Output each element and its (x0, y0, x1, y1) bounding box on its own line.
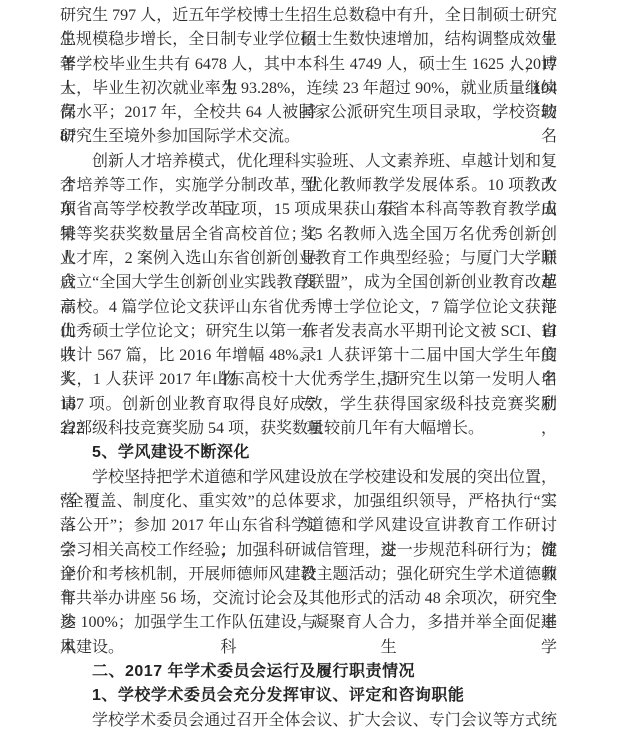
body-line: 共计 567 篇，比 2016 年增幅 48%。1 人获评第十二届中国大学生年度… (60, 344, 557, 368)
body-line: 人，毕业生初次就业率为 93.28%，连续 23 年超过 90%，就业质量继续保… (60, 77, 557, 101)
body-line: 三公开”；参加 2017 年山东省科学道德和学风建设宣讲教育工作研讨会，交流 (60, 514, 557, 538)
body-line: 高校。4 篇学位论文获评山东省优秀博士学位论文，7 篇学位论文获评山东省 (60, 296, 557, 320)
section-heading-2-committee: 二、2017 年学术委员会运行及履行职责情况 (60, 660, 557, 684)
body-line: “全覆盖、制度化、重实效”的总体要求，加强组织领导，严格执行“三落实、 (60, 490, 557, 514)
section-heading-5-xuefeng: 5、学风建设不断深化 (60, 441, 557, 465)
body-line: 年共举办讲座 56 场，交流讨论会及其他形式的活动 48 余项次，研究生参与率 (60, 587, 557, 611)
body-line: 高水平；2017 年，全校共 64 人被国家公派研究生项目录取，学校资助 87 … (60, 101, 557, 125)
body-line: 学习相关高校工作经验；加强科研诚信管理，进一步规范科研行为；健全教师 (60, 539, 557, 563)
body-line: 年学校毕业生共有 6478 人，其中本科生 4749 人，硕士生 1625 人，… (60, 53, 557, 77)
body-line: 总规模稳步增长，全日制专业学位硕士生数快速增加，结构调整成效显著；2017 (60, 28, 557, 52)
body-line: 学校学术委员会通过召开全体会议、扩大会议、专门会议等方式统筹行使 (60, 709, 557, 733)
body-line: 人才库，2 案例入选山东省创新创业教育工作典型经验；与厦门大学联合发起 (60, 247, 557, 271)
body-line: 特等奖获奖数量居全省高校首位；15 名教师入选全国万名优秀创新创业导师 (60, 223, 557, 247)
body-line: 学校坚持把学术道德和学风建设放在学校建设和发展的突出位置，落实 (60, 466, 557, 490)
body-line: 达 100%；加强学生工作队伍建设，凝聚育人合力，多措并举全面促进本科生学 (60, 611, 557, 635)
section-heading-1-functions: 1、学校学术委员会充分发挥审议、评定和咨询职能 (60, 684, 557, 708)
body-line: 研究生 797 人，近五年学校博士生招生总数稳中有升，全日制硕士研究生招生 (60, 4, 557, 28)
body-line-paragraph-end: 省部级科技竞赛奖励 54 项，获奖数量较前几年有大幅增长。 (60, 417, 557, 441)
document-page: 研究生 797 人，近五年学校博士生招生总数稳中有升，全日制硕士研究生招生 总规… (0, 0, 618, 733)
body-line: 奖，1 人获评 2017 年山东高校十大优秀学生，研究生以第一发明人申请专利 (60, 368, 557, 392)
body-line: 东省高等学校教学改革立项，15 项成果获山东省本科高等教育教学成果奖， (60, 198, 557, 222)
body-line: 优秀硕士学位论文；研究生以第一作者发表高水平期刊论文被 SCI、EI 收录的 (60, 320, 557, 344)
body-line: 创新人才培养模式，优化理科实验班、人文素养班、卓越计划和复合型人 (60, 150, 557, 174)
body-line: 187 项。创新创业教育取得良好成效，学生获得国家级科技竞赛奖励 222 项， (60, 393, 557, 417)
body-line: 成立“全国大学生创新创业实践教育联盟”，成为全国创新创业教育改革示范 (60, 271, 557, 295)
body-line: 评价和考核机制，开展师德师风建设主题活动；强化研究生学术道德教育，全 (60, 563, 557, 587)
body-line: 才培养等工作，实施学分制改革，优化教师教学发展体系。10 项教改项目获山 (60, 174, 557, 198)
